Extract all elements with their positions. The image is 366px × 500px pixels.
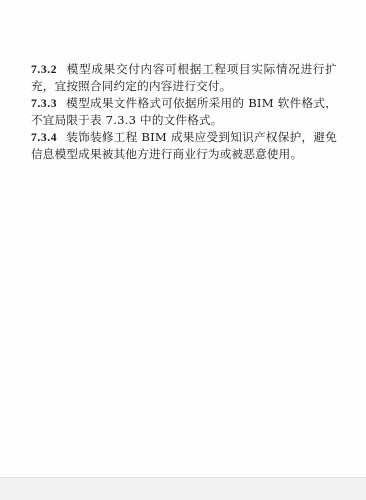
clause-number: 7.3.4: [31, 131, 57, 144]
clause-7-3-3: 7.3.3模型成果文件格式可依据所采用的 BIM 软件格式，不宜局限于表 7.3…: [31, 95, 337, 129]
clause-7-3-2: 7.3.2模型成果交付内容可根据工程项目实际情况进行扩充，宜按照合同约定的内容进…: [31, 61, 337, 95]
clause-7-3-4: 7.3.4装饰装修工程 BIM 成果应受到知识产权保护，避免信息模型成果被其他方…: [31, 129, 337, 163]
clause-text: 模型成果文件格式可依据所采用的 BIM 软件格式，不宜局限于表 7.3.3 中的…: [31, 96, 337, 127]
page-bottom-margin: [0, 477, 366, 500]
clause-text: 模型成果交付内容可根据工程项目实际情况进行扩充，宜按照合同约定的内容进行交付。: [31, 62, 337, 93]
clause-number: 7.3.2: [31, 63, 57, 76]
document-page: 7.3.2模型成果交付内容可根据工程项目实际情况进行扩充，宜按照合同约定的内容进…: [0, 0, 366, 477]
clause-number: 7.3.3: [31, 97, 57, 110]
clause-text: 装饰装修工程 BIM 成果应受到知识产权保护，避免信息模型成果被其他方进行商业行…: [31, 130, 337, 161]
document-body: 7.3.2模型成果交付内容可根据工程项目实际情况进行扩充，宜按照合同约定的内容进…: [31, 61, 337, 163]
